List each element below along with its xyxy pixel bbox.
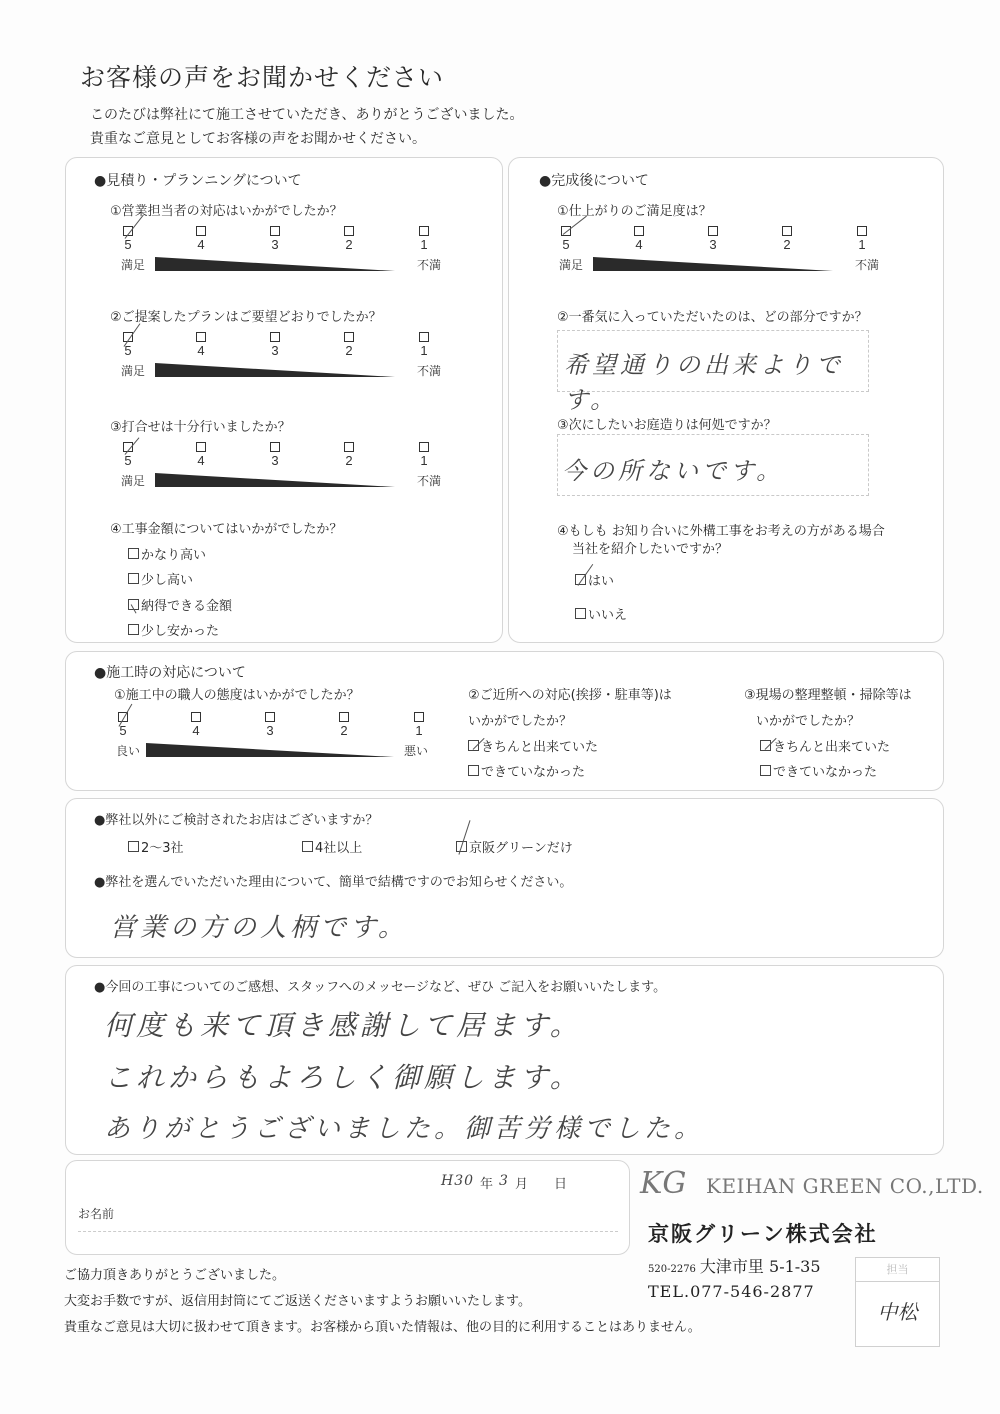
footer-thanks: ご協力頂きありがとうございました。 (64, 1264, 285, 1283)
rating-scale-q1[interactable]: 5 4 3 2 1 満足 不満 (121, 226, 441, 282)
scale-label-2: 2 (342, 343, 356, 358)
handwritten-reason: 営業の方の人柄です。 (110, 907, 408, 944)
address: 大津市里 5-1-35 (700, 1254, 821, 1277)
bad-label: 悪い (404, 742, 428, 759)
scale-label-3: 3 (268, 343, 282, 358)
scale-label-4: 4 (194, 237, 208, 252)
company-phone: TEL.077-546-2877 (648, 1282, 815, 1301)
question-3: ③打合せは十分行いましたか？ (110, 416, 291, 435)
scale-label-1: 1 (417, 453, 431, 468)
company-logo-mark: KG (640, 1166, 686, 1201)
handwritten-comment-line-1: 何度も来て頂き感謝して居ます。 (104, 1004, 582, 1044)
company-logo-text: KEIHAN GREEN CO.,LTD. (706, 1174, 984, 1198)
checkbox[interactable] (128, 573, 139, 584)
day-label: 日 (554, 1173, 567, 1192)
checkbox-4[interactable] (191, 712, 201, 722)
option-not-done[interactable]: できていなかった (760, 761, 877, 780)
checkbox-3[interactable] (270, 442, 280, 452)
scale-label-3: 3 (706, 237, 720, 252)
scale-label-2: 2 (337, 723, 351, 738)
checkbox[interactable] (128, 841, 139, 852)
scale-label-1: 1 (417, 343, 431, 358)
staff-label: 担当 (856, 1258, 939, 1282)
reason-heading: ●弊社を選んでいただいた理由について、簡単で結構ですのでお知らせください。 (94, 871, 572, 890)
checkbox[interactable] (302, 841, 313, 852)
option-yes[interactable]: はい (575, 570, 614, 589)
option-2-3-shops[interactable]: 2～3社 (128, 837, 184, 856)
checkbox-2[interactable] (344, 332, 354, 342)
satisfied-label: 満足 (121, 362, 145, 379)
checkbox-1[interactable] (419, 226, 429, 236)
company-name: 京阪グリーン株式会社 (648, 1218, 878, 1248)
checkbox-checked[interactable] (456, 841, 467, 852)
checkbox-4[interactable] (634, 226, 644, 236)
dissatisfied-label: 不満 (417, 256, 441, 273)
option-done-properly[interactable]: きちんと出来ていた (468, 736, 598, 755)
intro-line-2: 貴重なご意見としてお客様の声をお聞かせください。 (90, 128, 426, 148)
checkbox-3[interactable] (270, 332, 280, 342)
footer-return-request: 大変お手数ですが、返信用封筒にてご返送くださいますようお願いいたします。 (64, 1290, 531, 1309)
checkbox-1[interactable] (414, 712, 424, 722)
checkbox-3[interactable] (708, 226, 718, 236)
satisfied-label: 満足 (559, 256, 583, 273)
gradient-wedge (155, 363, 395, 377)
name-input[interactable] (78, 1231, 618, 1232)
question-4: ④工事金額についてはいかがでしたか？ (110, 518, 342, 537)
satisfied-label: 満足 (121, 256, 145, 273)
scale-label-3: 3 (268, 237, 282, 252)
option-no[interactable]: いいえ (575, 604, 627, 623)
checkbox-3[interactable] (270, 226, 280, 236)
company-address: 520-2276 大津市里 5-1-35 (648, 1254, 821, 1277)
dissatisfied-label: 不満 (417, 472, 441, 489)
question-2-line-1: ②ご近所への対応(挨拶・駐車等)は (468, 684, 672, 703)
checkbox[interactable] (128, 548, 139, 559)
rating-scale-q2[interactable]: 5 4 3 2 1 満足 不満 (121, 332, 441, 388)
checkbox-2[interactable] (344, 226, 354, 236)
scale-label-2: 2 (342, 237, 356, 252)
checkbox[interactable] (760, 765, 771, 776)
option-done-properly[interactable]: きちんと出来ていた (760, 736, 890, 755)
scale-label-4: 4 (194, 343, 208, 358)
gradient-wedge (155, 257, 395, 271)
satisfied-label: 満足 (121, 472, 145, 489)
scale-label-3: 3 (268, 453, 282, 468)
option-keihan-only[interactable]: 京阪グリーンだけ (456, 837, 573, 856)
question-4-line-1: ④もしも お知り合いに外構工事をお考えの方がある場合 (557, 520, 885, 539)
scale-label-4: 4 (632, 237, 646, 252)
dissatisfied-label: 不満 (855, 256, 879, 273)
question-4-line-2: 当社を紹介したいですか？ (572, 538, 728, 557)
handwritten-answer: 希望通りの出来よりです。 (564, 345, 868, 415)
gradient-wedge (155, 473, 395, 487)
option-slightly-cheap[interactable]: 少し安かった (128, 620, 219, 639)
checkbox-4[interactable] (196, 442, 206, 452)
comments-heading: ●今回の工事についてのご感想、スタッフへのメッセージなど、ぜひ ご記入をお願いい… (94, 976, 666, 995)
scale-label-1: 1 (855, 237, 869, 252)
scale-label-4: 4 (189, 723, 203, 738)
option-slightly-high[interactable]: 少し高い (128, 569, 193, 588)
option-4-plus-shops[interactable]: 4社以上 (302, 837, 362, 856)
intro-line-1: このたびは弊社にて施工させていただき、ありがとうございました。 (90, 104, 523, 124)
checkbox-1[interactable] (857, 226, 867, 236)
checkbox-checked[interactable] (760, 740, 771, 751)
question-3: ③次にしたいお庭造りは何処ですか？ (557, 414, 777, 433)
answer-box-q3[interactable]: 今の所ないです。 (557, 434, 869, 496)
section-heading: ●完成後について (539, 170, 649, 190)
handwritten-comment-line-3: ありがとうございました。御苦労様でした。 (104, 1108, 704, 1145)
month-label: 月 (515, 1173, 528, 1192)
planning-section: ●見積り・プランニングについて ①営業担当者の対応はいかがでしたか？ 5 4 3… (65, 157, 503, 643)
signature-section: H30 年 3 月 日 お名前 (65, 1160, 630, 1255)
scale-label-3: 3 (263, 723, 277, 738)
scale-label-2: 2 (342, 453, 356, 468)
question-1: ①施工中の職人の態度はいかがでしたか？ (114, 684, 360, 703)
option-reasonable[interactable]: 納得できる金額 (128, 595, 232, 614)
question-1: ①営業担当者の対応はいかがでしたか？ (110, 200, 343, 219)
scale-label-4: 4 (194, 453, 208, 468)
answer-box-q2[interactable]: 希望通りの出来よりです。 (557, 330, 869, 392)
question-2: ②一番気に入っていただいたのは、どの部分ですか？ (557, 306, 868, 325)
scale-label-5: 5 (559, 237, 573, 252)
date-year: H30 (441, 1173, 474, 1192)
rating-scale-q1[interactable]: 5 4 3 2 1 満足 不満 (559, 226, 879, 282)
other-shops-heading: ●弊社以外にご検討されたお店はございますか？ (94, 809, 378, 828)
question-2: ②ご提案したプランはご要望どおりでしたか？ (110, 306, 382, 325)
question-3-line-1: ③現場の整理整頓・掃除等は (744, 684, 912, 703)
scale-label-5: 5 (121, 453, 135, 468)
checkbox-2[interactable] (344, 442, 354, 452)
checkbox-1[interactable] (419, 442, 429, 452)
checkbox-checked[interactable] (575, 574, 586, 585)
checkbox-checked[interactable] (468, 740, 479, 751)
scale-label-2: 2 (780, 237, 794, 252)
checkbox-4[interactable] (196, 332, 206, 342)
gradient-wedge (593, 257, 833, 271)
checkmark-icon (130, 604, 136, 613)
handwritten-comment-line-2: これからもよろしく御願します。 (104, 1056, 582, 1096)
scale-label-5: 5 (121, 237, 135, 252)
handwritten-answer: 今の所ないです。 (562, 451, 784, 486)
question-3-line-2: いかがでしたか？ (756, 710, 860, 729)
option-not-done[interactable]: できていなかった (468, 761, 585, 780)
checkbox-1[interactable] (419, 332, 429, 342)
checkbox-4[interactable] (196, 226, 206, 236)
completion-section: ●完成後について ①仕上がりのご満足度は？ 5 4 3 2 1 満足 不満 ②一… (508, 157, 944, 643)
year-label: 年 (480, 1173, 493, 1192)
checkbox[interactable] (575, 608, 586, 619)
date-month: 3 (499, 1173, 509, 1192)
section-heading: ●施工時の対応について (94, 662, 246, 682)
question-1: ①仕上がりのご満足度は？ (557, 200, 712, 219)
comments-section: ●今回の工事についてのご感想、スタッフへのメッセージなど、ぜひ ご記入をお願いい… (65, 965, 944, 1155)
gradient-wedge (146, 743, 394, 757)
good-label: 良い (116, 742, 140, 759)
scale-label-1: 1 (412, 723, 426, 738)
date-field[interactable]: H30 年 3 月 日 (441, 1173, 567, 1192)
checkbox-2[interactable] (782, 226, 792, 236)
staff-stamp-box: 担当 中松 (855, 1257, 940, 1347)
footer-privacy-note: 貴重なご意見は大切に扱わせて頂きます。お客様から頂いた情報は、他の目的に利用する… (64, 1316, 701, 1335)
checkbox[interactable] (468, 765, 479, 776)
construction-section: ●施工時の対応について ①施工中の職人の態度はいかがでしたか？ 5 4 3 2 … (65, 651, 944, 791)
name-label: お名前 (78, 1205, 114, 1222)
question-2-line-2: いかがでしたか？ (468, 710, 572, 729)
staff-signature: 中松 (856, 1296, 939, 1325)
scale-label-1: 1 (417, 237, 431, 252)
checkbox-2[interactable] (339, 712, 349, 722)
rating-scale-q1[interactable]: 5 4 3 2 1 良い 悪い (116, 712, 428, 768)
section-heading: ●見積り・プランニングについて (94, 170, 302, 190)
page-title: お客様の声をお聞かせください (80, 58, 444, 94)
other-shops-section: ●弊社以外にご検討されたお店はございますか？ 2～3社 4社以上 京阪グリーンだ… (65, 798, 944, 958)
option-very-high[interactable]: かなり高い (128, 544, 206, 563)
checkbox[interactable] (128, 624, 139, 635)
dissatisfied-label: 不満 (417, 362, 441, 379)
rating-scale-q3[interactable]: 5 4 3 2 1 満足 不満 (121, 442, 441, 498)
checkbox-checked[interactable] (128, 599, 139, 610)
postal-code: 520-2276 (648, 1264, 696, 1275)
checkbox-3[interactable] (265, 712, 275, 722)
